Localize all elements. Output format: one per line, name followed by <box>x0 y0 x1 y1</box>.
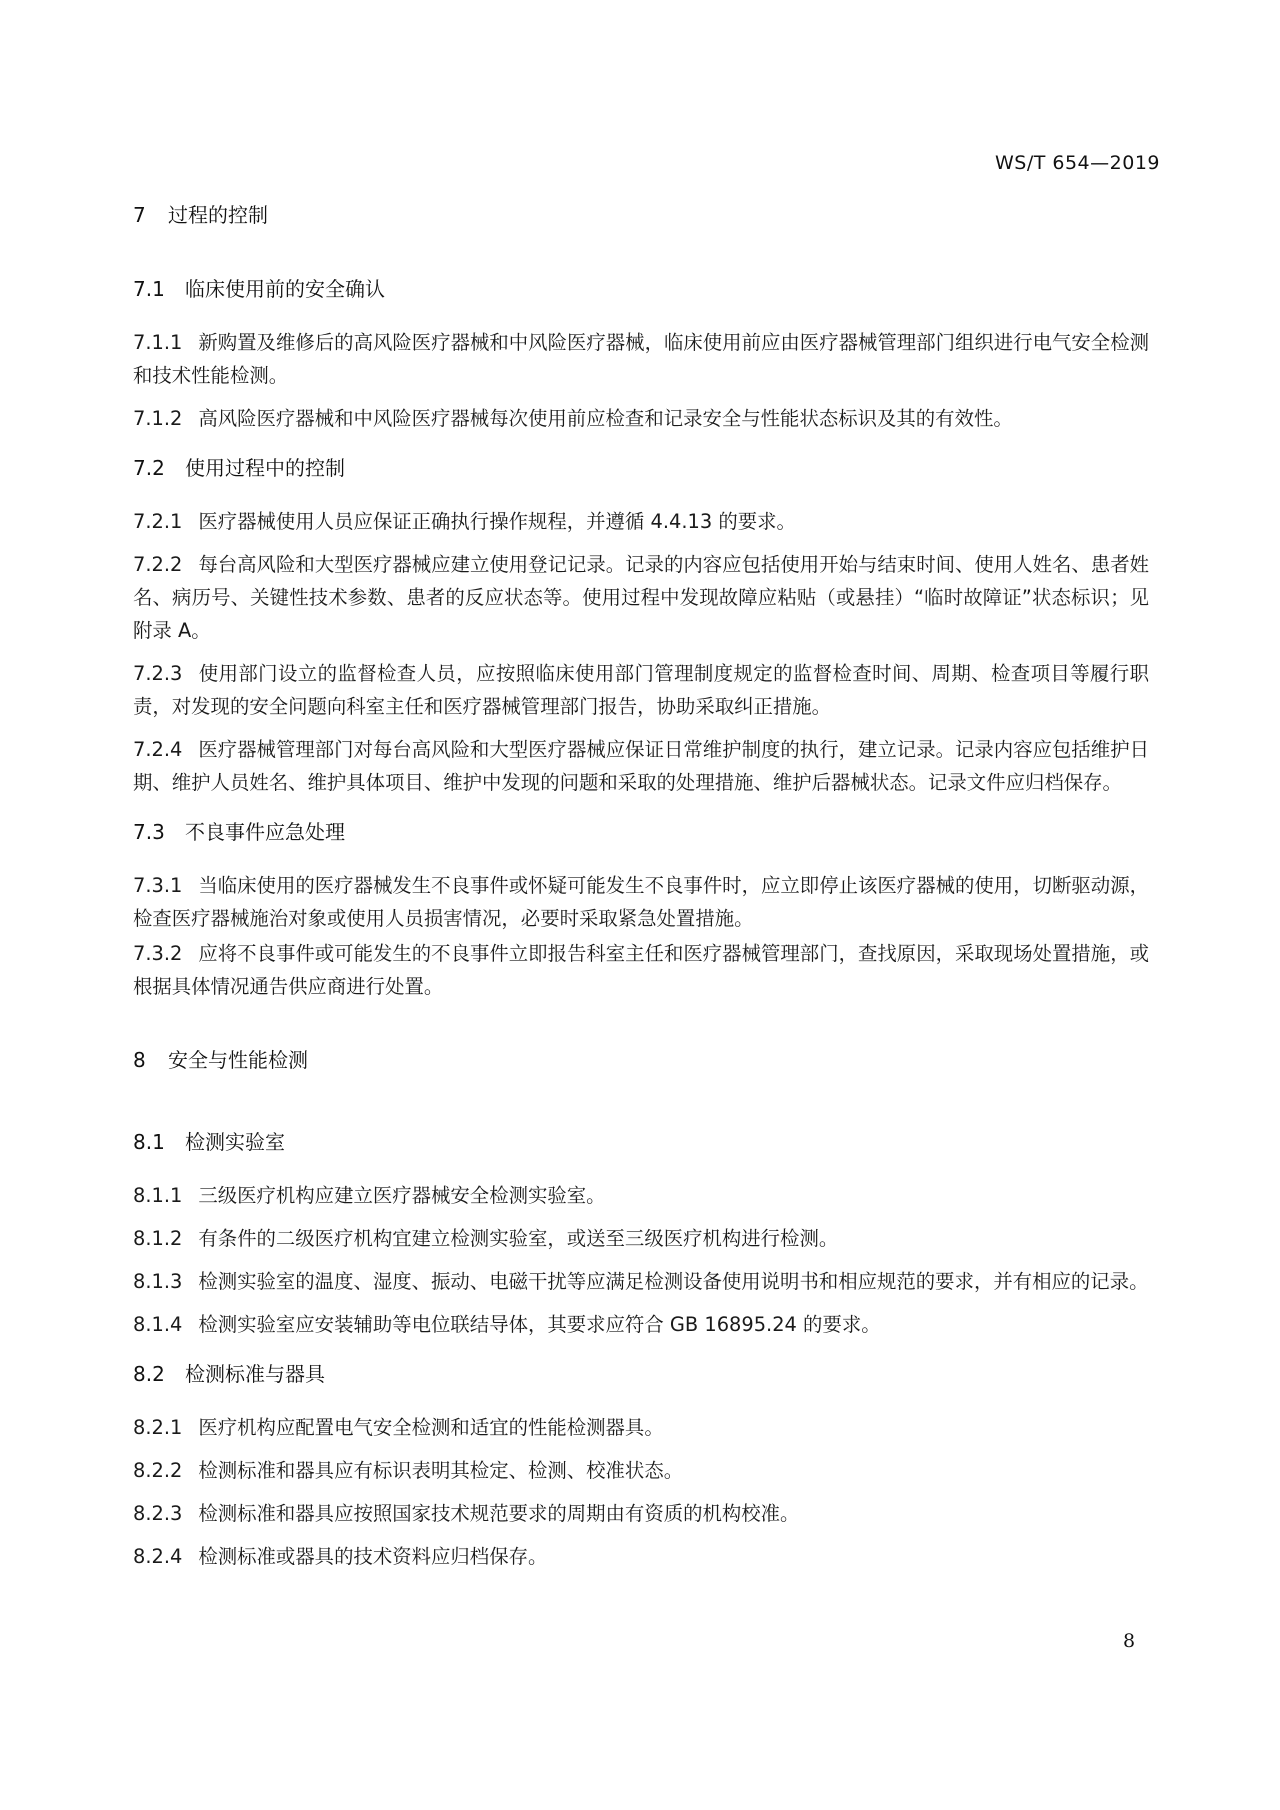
section-number: 7.2 <box>133 453 185 483</box>
clause-text: 检测标准或器具的技术资料应归档保存。 <box>198 1545 547 1568</box>
clause-number: 8.2.3 <box>133 1497 182 1530</box>
clause: 7.3.1当临床使用的医疗器械发生不良事件或怀疑可能发生不良事件时，应立即停止该… <box>133 869 1149 935</box>
clause: 7.2.1医疗器械使用人员应保证正确执行操作规程，并遵循 4.4.13 的要求。 <box>133 505 1149 538</box>
clause-text: 使用部门设立的监督检查人员，应按照临床使用部门管理制度规定的监督检查时间、周期、… <box>133 662 1149 718</box>
clause: 8.2.4检测标准或器具的技术资料应归档保存。 <box>133 1540 1149 1573</box>
clause-text: 检测标准和器具应按照国家技术规范要求的周期由有资质的机构校准。 <box>198 1502 799 1525</box>
clause-number: 8.1.4 <box>133 1308 182 1341</box>
clause-number: 7.3.2 <box>133 937 182 970</box>
clause-text: 有条件的二级医疗机构宜建立检测实验室，或送至三级医疗机构进行检测。 <box>198 1227 838 1250</box>
clause-text: 每台高风险和大型医疗器械应建立使用登记记录。记录的内容应包括使用开始与结束时间、… <box>133 553 1149 642</box>
clause-number: 8.1.1 <box>133 1179 182 1212</box>
section-number: 7.1 <box>133 274 185 304</box>
clause: 8.1.4检测实验室应安装辅助等电位联结导体，其要求应符合 GB 16895.2… <box>133 1308 1149 1341</box>
chapter-number: 7 <box>133 200 168 230</box>
standard-code-header: WS/T 654—2019 <box>995 152 1160 174</box>
clause-number: 8.2.2 <box>133 1454 182 1487</box>
chapter-number: 8 <box>133 1045 168 1075</box>
clause-text: 高风险医疗器械和中风险医疗器械每次使用前应检查和记录安全与性能状态标识及其的有效… <box>198 407 1012 430</box>
clause: 7.2.2每台高风险和大型医疗器械应建立使用登记记录。记录的内容应包括使用开始与… <box>133 548 1149 647</box>
clause-text: 应将不良事件或可能发生的不良事件立即报告科室主任和医疗器械管理部门，查找原因，采… <box>133 942 1149 998</box>
chapter-heading: 7过程的控制 <box>133 200 1149 230</box>
clause-number: 7.1.1 <box>133 326 182 359</box>
clause: 7.2.4医疗器械管理部门对每台高风险和大型医疗器械应保证日常维护制度的执行，建… <box>133 733 1149 799</box>
clause-text: 检测实验室的温度、湿度、振动、电磁干扰等应满足检测设备使用说明书和相应规范的要求… <box>198 1270 1148 1293</box>
section-number: 8.2 <box>133 1359 185 1389</box>
section-title: 使用过程中的控制 <box>185 456 345 480</box>
clause-text: 医疗器械管理部门对每台高风险和大型医疗器械应保证日常维护制度的执行，建立记录。记… <box>133 738 1149 794</box>
section-title: 不良事件应急处理 <box>185 820 345 844</box>
clause: 8.2.2检测标准和器具应有标识表明其检定、检测、校准状态。 <box>133 1454 1149 1487</box>
clause-text: 检测标准和器具应有标识表明其检定、检测、校准状态。 <box>198 1459 683 1482</box>
clause: 8.1.2有条件的二级医疗机构宜建立检测实验室，或送至三级医疗机构进行检测。 <box>133 1222 1149 1255</box>
section-title: 临床使用前的安全确认 <box>185 277 385 301</box>
section-heading: 8.1检测实验室 <box>133 1127 1149 1157</box>
clause: 8.2.1医疗机构应配置电气安全检测和适宜的性能检测器具。 <box>133 1411 1149 1444</box>
section-title: 检测实验室 <box>185 1130 285 1154</box>
clause: 8.1.3检测实验室的温度、湿度、振动、电磁干扰等应满足检测设备使用说明书和相应… <box>133 1265 1149 1298</box>
section-title: 检测标准与器具 <box>185 1362 325 1386</box>
clause-number: 7.3.1 <box>133 869 182 902</box>
section-heading: 7.2使用过程中的控制 <box>133 453 1149 483</box>
clause-number: 7.2.1 <box>133 505 182 538</box>
clause-text: 医疗机构应配置电气安全检测和适宜的性能检测器具。 <box>198 1416 663 1439</box>
clause: 7.2.3使用部门设立的监督检查人员，应按照临床使用部门管理制度规定的监督检查时… <box>133 657 1149 723</box>
chapter-title: 过程的控制 <box>168 203 268 227</box>
clause-number: 8.2.1 <box>133 1411 182 1444</box>
page-number: 8 <box>1123 1630 1135 1652</box>
section-number: 7.3 <box>133 817 185 847</box>
document-body: 7过程的控制 7.1临床使用前的安全确认 7.1.1新购置及维修后的高风险医疗器… <box>133 200 1149 1573</box>
clause: 7.1.1新购置及维修后的高风险医疗器械和中风险医疗器械，临床使用前应由医疗器械… <box>133 326 1149 392</box>
chapter-title: 安全与性能检测 <box>168 1048 308 1072</box>
section-heading: 7.3不良事件应急处理 <box>133 817 1149 847</box>
clause-number: 7.2.4 <box>133 733 182 766</box>
clause: 8.2.3检测标准和器具应按照国家技术规范要求的周期由有资质的机构校准。 <box>133 1497 1149 1530</box>
clause-number: 7.1.2 <box>133 402 182 435</box>
section-heading: 8.2检测标准与器具 <box>133 1359 1149 1389</box>
clause-text: 医疗器械使用人员应保证正确执行操作规程，并遵循 4.4.13 的要求。 <box>198 510 796 533</box>
clause-text: 三级医疗机构应建立医疗器械安全检测实验室。 <box>198 1184 605 1207</box>
chapter-heading: 8安全与性能检测 <box>133 1045 1149 1075</box>
clause-text: 当临床使用的医疗器械发生不良事件或怀疑可能发生不良事件时，应立即停止该医疗器械的… <box>133 874 1149 930</box>
clause-text: 检测实验室应安装辅助等电位联结导体，其要求应符合 GB 16895.24 的要求… <box>198 1313 880 1336</box>
clause-number: 7.2.3 <box>133 657 182 690</box>
section-heading: 7.1临床使用前的安全确认 <box>133 274 1149 304</box>
clause-number: 8.1.2 <box>133 1222 182 1255</box>
section-number: 8.1 <box>133 1127 185 1157</box>
clause-number: 8.1.3 <box>133 1265 182 1298</box>
clause: 7.3.2应将不良事件或可能发生的不良事件立即报告科室主任和医疗器械管理部门，查… <box>133 937 1149 1003</box>
clause-text: 新购置及维修后的高风险医疗器械和中风险医疗器械，临床使用前应由医疗器械管理部门组… <box>133 331 1149 387</box>
clause: 7.1.2高风险医疗器械和中风险医疗器械每次使用前应检查和记录安全与性能状态标识… <box>133 402 1149 435</box>
clause: 8.1.1三级医疗机构应建立医疗器械安全检测实验室。 <box>133 1179 1149 1212</box>
clause-number: 8.2.4 <box>133 1540 182 1573</box>
clause-number: 7.2.2 <box>133 548 182 581</box>
